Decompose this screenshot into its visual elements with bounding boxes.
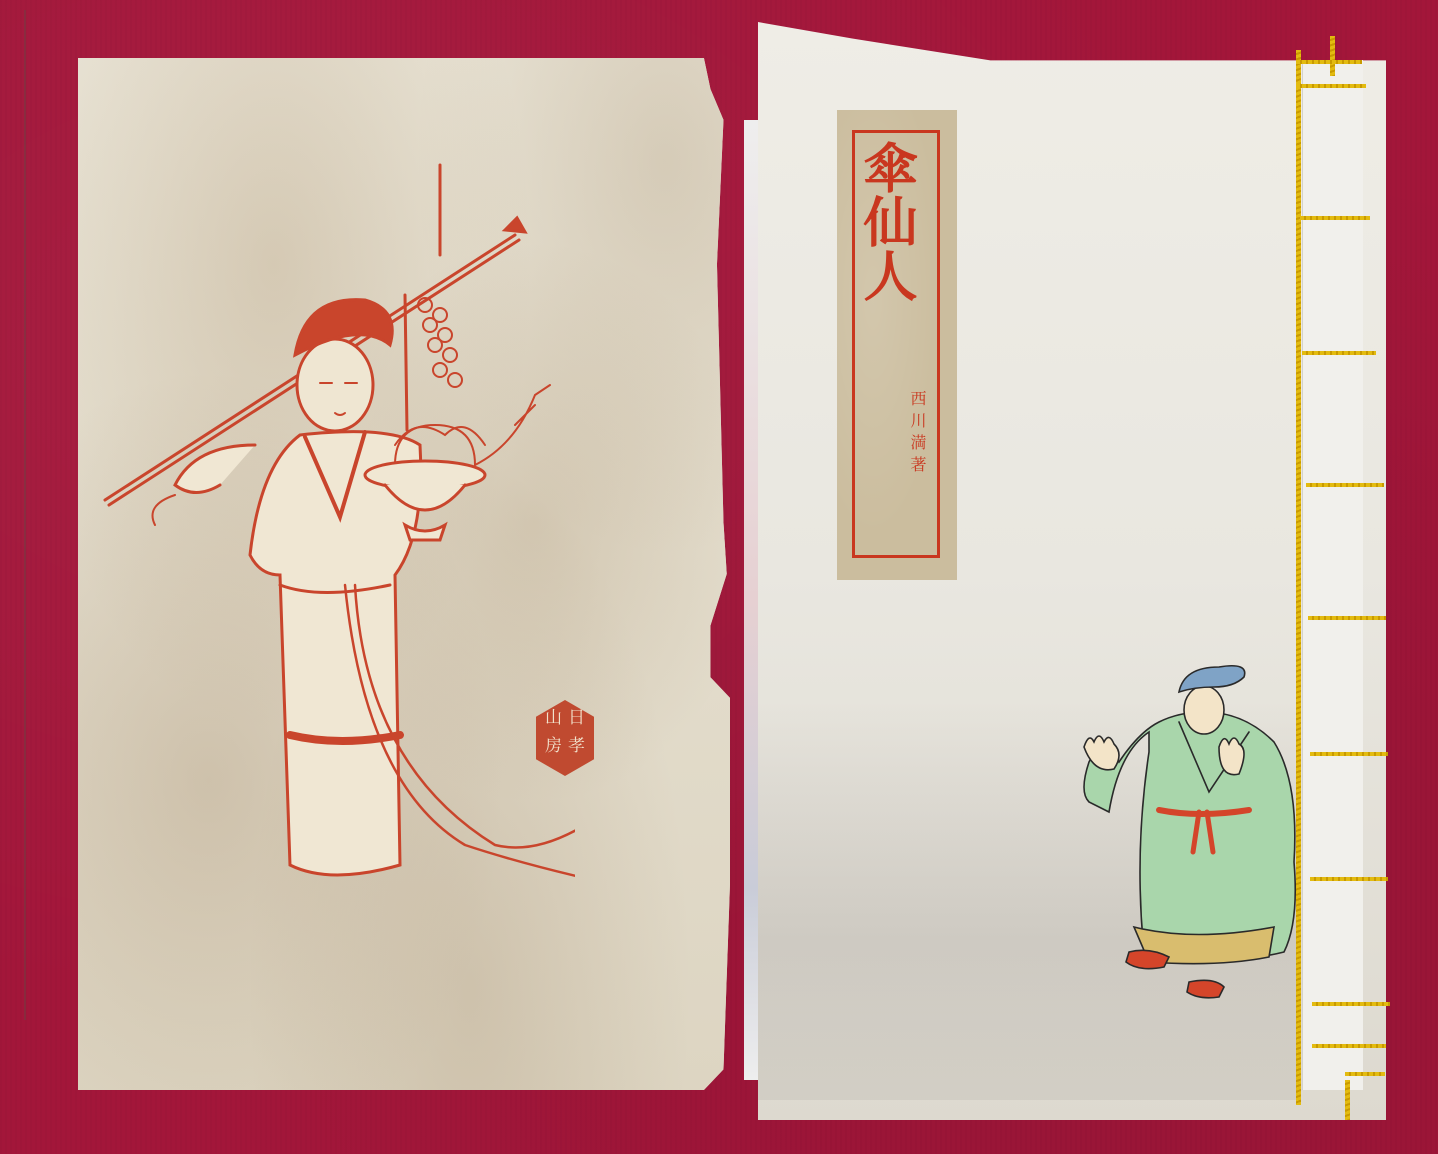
binding-thread-3 bbox=[1300, 216, 1370, 220]
man-in-green-robe-illustration bbox=[1078, 662, 1300, 1010]
right-book-spine bbox=[1302, 60, 1363, 1090]
binding-thread-4 bbox=[1302, 351, 1376, 355]
seal-char-3: 房 bbox=[542, 738, 565, 766]
binding-thread-10 bbox=[1312, 1044, 1386, 1048]
book-title: 傘仙人 bbox=[858, 140, 918, 302]
binding-thread-bottom-loop bbox=[1345, 1080, 1350, 1120]
seal-char-0: 日 bbox=[565, 710, 588, 738]
binding-thread-6 bbox=[1308, 616, 1386, 620]
binding-thread-7 bbox=[1310, 752, 1388, 756]
left-book-spine-crease bbox=[24, 10, 26, 1020]
binding-thread-top-loop bbox=[1330, 36, 1335, 76]
binding-thread-2 bbox=[1296, 84, 1366, 88]
book-author: 西川満著 bbox=[906, 390, 928, 478]
binding-thread-5 bbox=[1306, 483, 1384, 487]
binding-thread-11 bbox=[1345, 1072, 1385, 1076]
binding-thread-9 bbox=[1312, 1002, 1390, 1006]
binding-thread-1 bbox=[1296, 60, 1362, 64]
binding-thread-8 bbox=[1310, 877, 1388, 881]
woman-with-basket-illustration bbox=[95, 145, 575, 905]
seal-char-2: 孝 bbox=[565, 738, 588, 766]
seal-char-1: 山 bbox=[542, 710, 565, 738]
